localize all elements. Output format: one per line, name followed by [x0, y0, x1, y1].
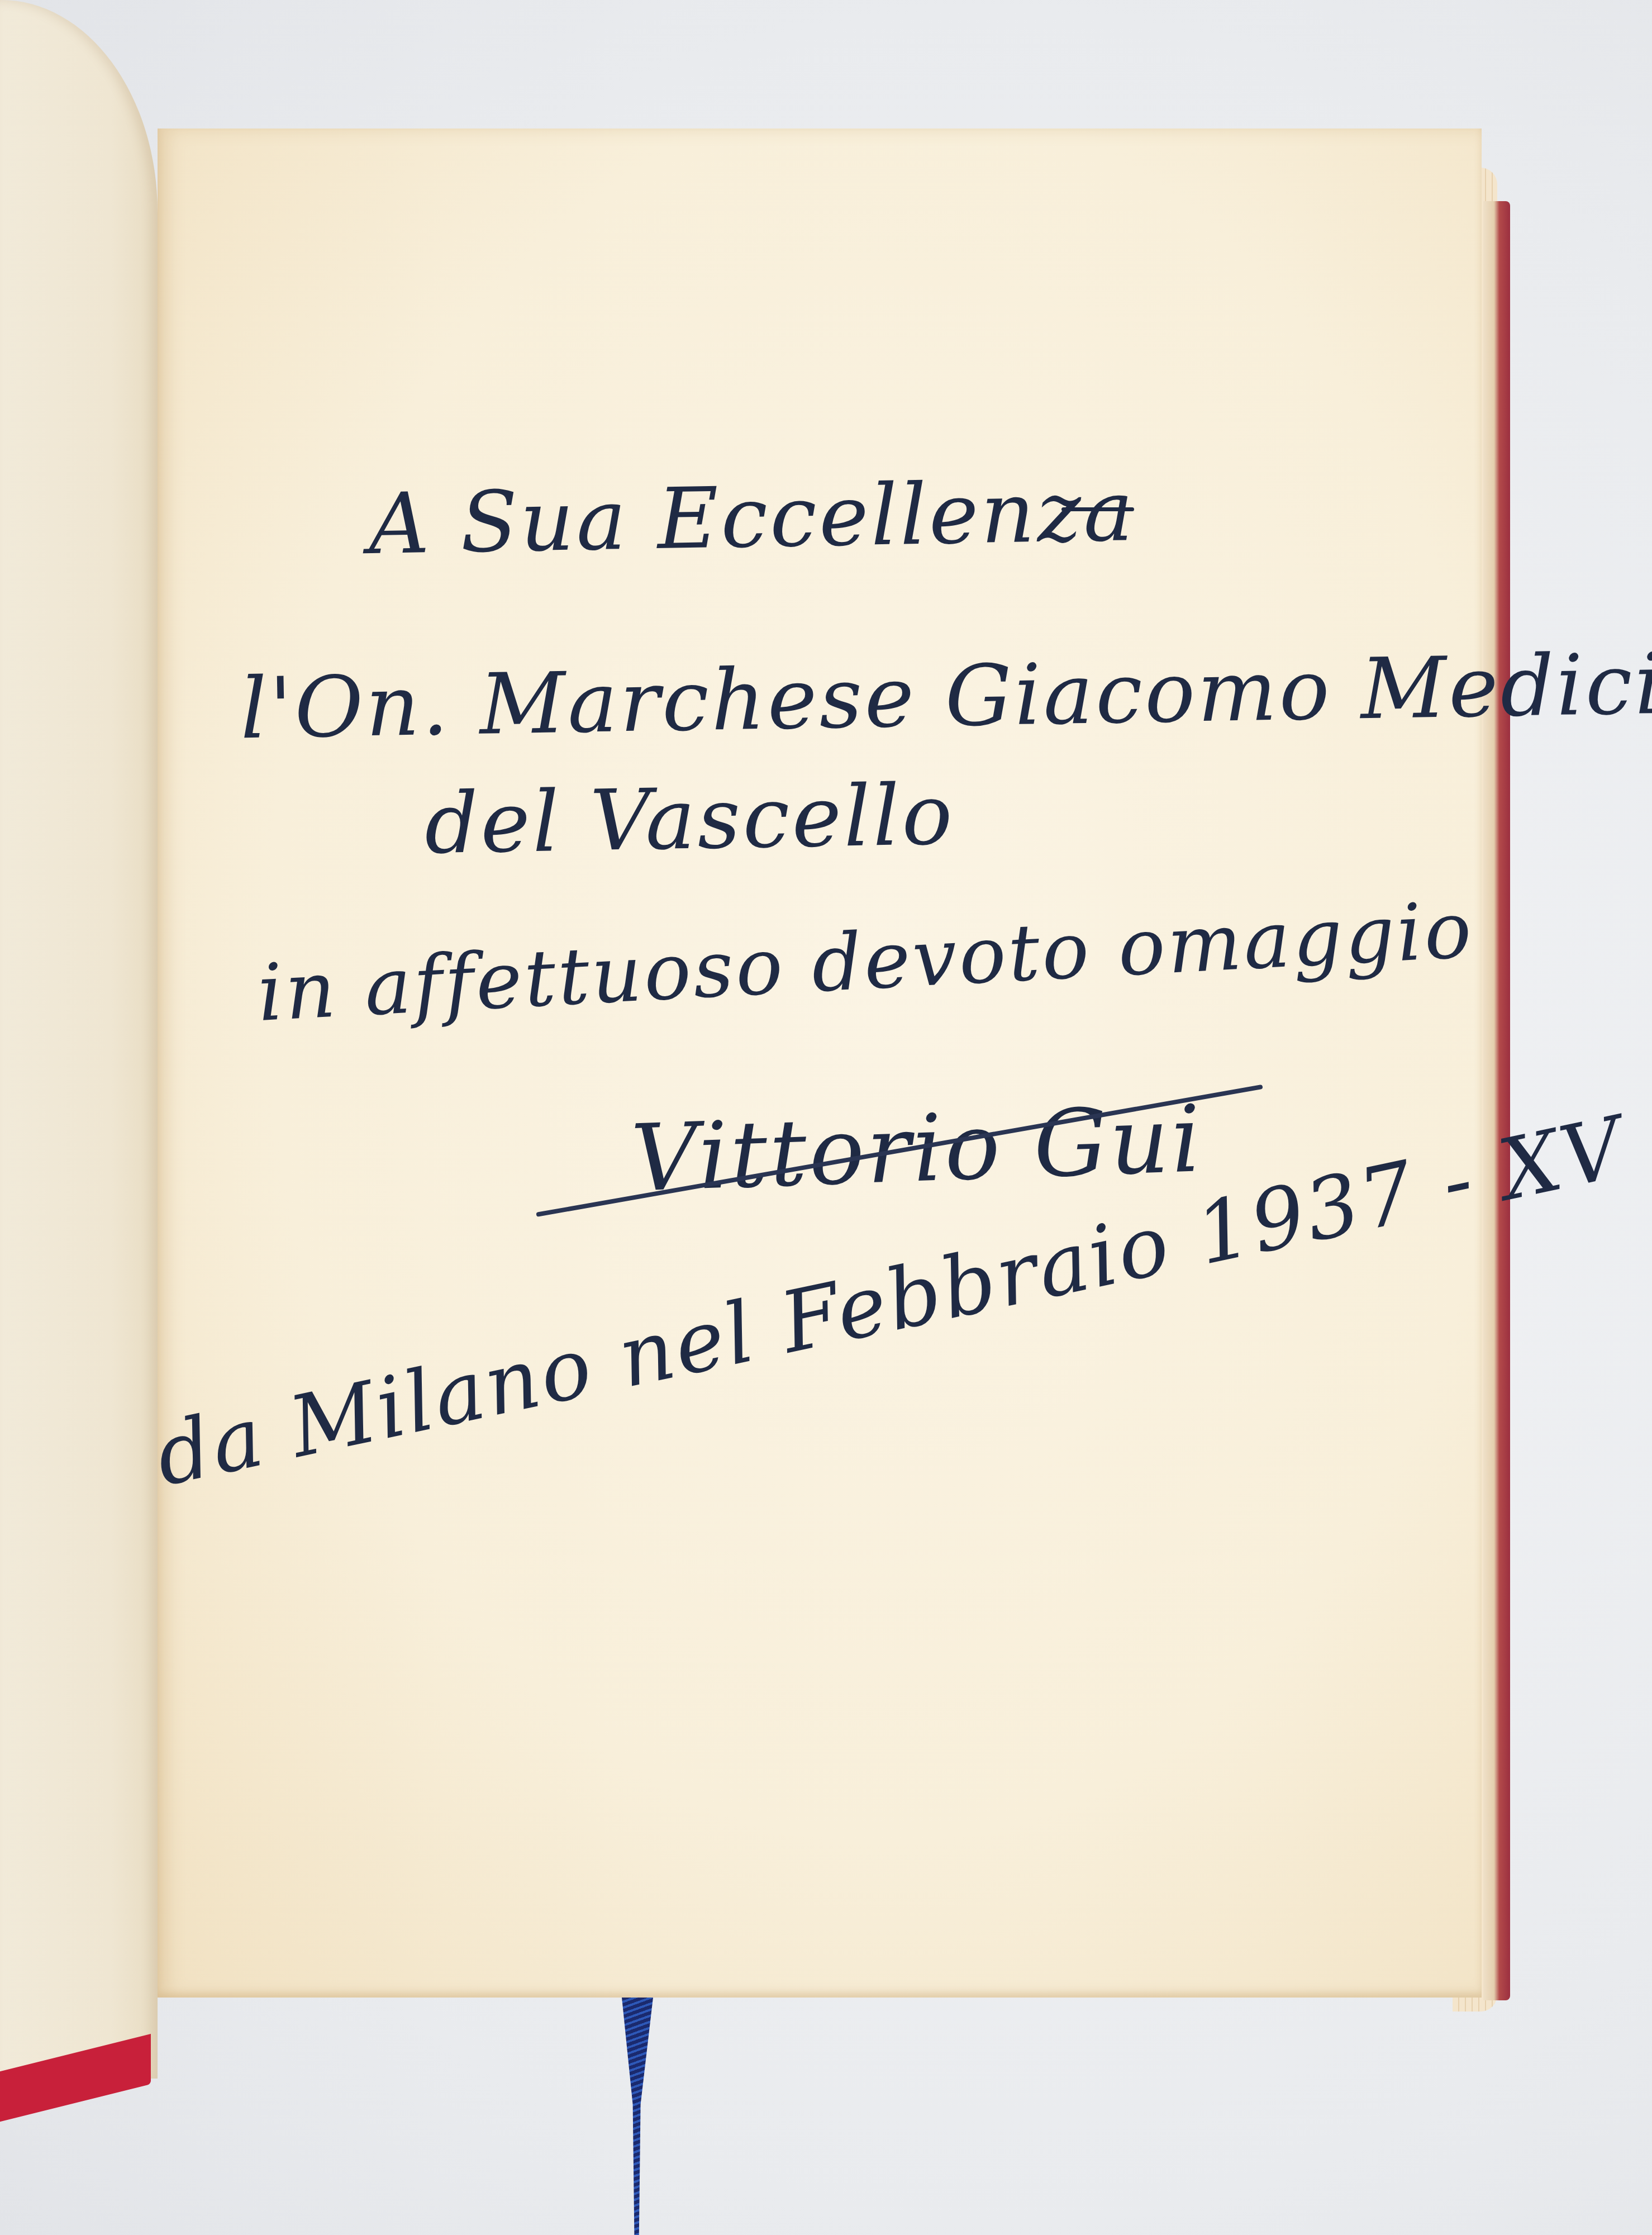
right-page: [158, 129, 1482, 1998]
flourish-line: [1061, 507, 1134, 511]
inscription-line-3: del Vascello: [424, 767, 955, 873]
book-cover-edge: [1483, 201, 1510, 2000]
inscription-line-1: A Sua Eccellenza: [368, 463, 1136, 573]
left-page: [0, 0, 158, 2079]
